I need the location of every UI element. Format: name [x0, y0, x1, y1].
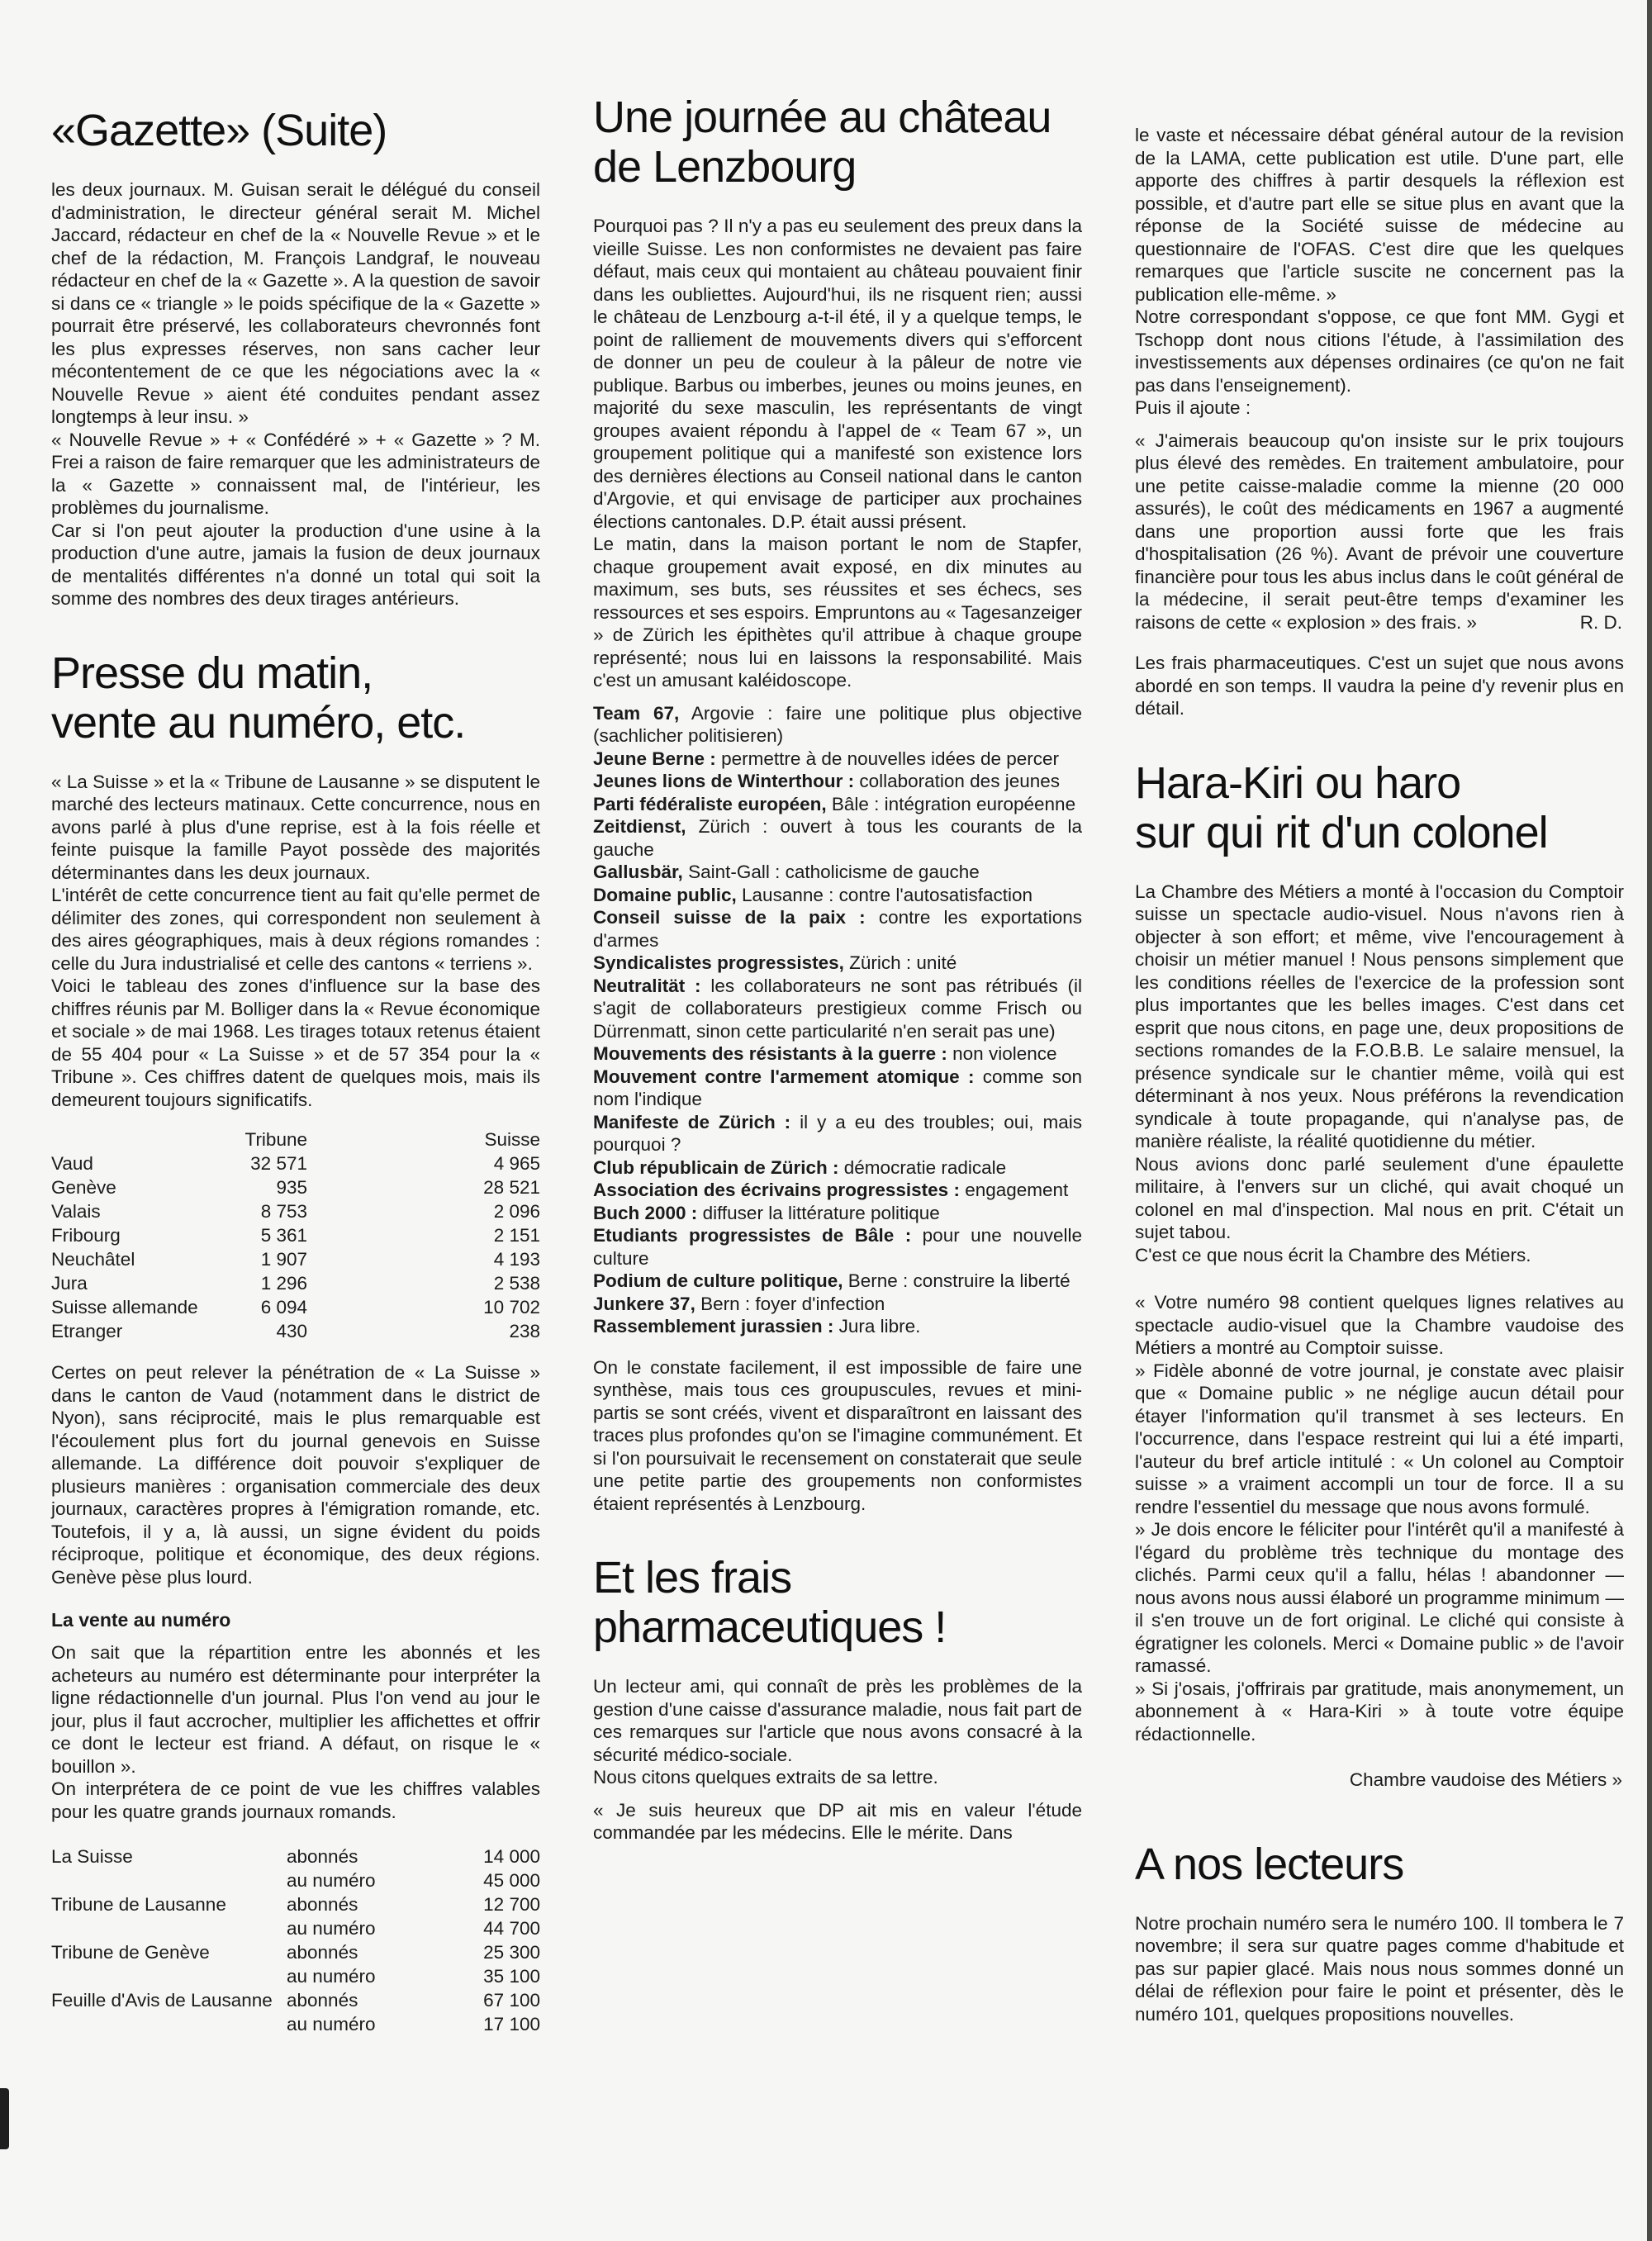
article-title-frais: Et les frais pharmaceutiques ! — [593, 1553, 1082, 1652]
group-item: Jeunes lions de Winterthour : collaborat… — [593, 770, 1082, 793]
group-desc: permettre à de nouvelles idées de percer — [716, 748, 1059, 769]
group-name: Team 67, — [593, 703, 679, 724]
group-item: Buch 2000 : diffuser la littérature poli… — [593, 1202, 1082, 1225]
group-item: Mouvement contre l'armement atomique : c… — [593, 1066, 1082, 1111]
newspaper-page: «Gazette» (Suite) les deux journaux. M. … — [0, 0, 1652, 2241]
group-desc: Saint-Gall : catholicisme de gauche — [683, 862, 980, 882]
circulation-value: 14 000 — [444, 1845, 540, 1868]
group-name: Jeunes lions de Winterthour : — [593, 771, 854, 791]
paragraph: » Je dois encore le féliciter pour l'int… — [1135, 1518, 1624, 1678]
zone-label: Neuchâtel — [51, 1247, 233, 1271]
paragraph: Nous citons quelques extraits de sa lett… — [593, 1766, 1082, 1789]
circulation-type: abonnés — [287, 1940, 444, 1964]
group-desc: collaboration des jeunes — [854, 771, 1060, 791]
group-name: Conseil suisse de la paix : — [593, 907, 866, 928]
article-presse-body: « La Suisse » et la « Tribune de Lausann… — [51, 771, 540, 1112]
journal-name: Tribune de Genève — [51, 1940, 287, 1964]
paragraph: C'est ce que nous écrit la Chambre des M… — [1135, 1244, 1624, 1267]
paragraph: On sait que la répartition entre les abo… — [51, 1641, 540, 1778]
paragraph: Pourquoi pas ? Il n'y a pas eu seulement… — [593, 215, 1082, 533]
zones-table-row: Jura 1 296 2 538 — [51, 1271, 540, 1295]
article-title-lecteurs: A nos lecteurs — [1135, 1840, 1624, 1889]
zones-table-row: Genève 935 28 521 — [51, 1175, 540, 1199]
circulation-row: Feuille d'Avis de Lausanne abonnés 67 10… — [51, 1988, 540, 2012]
title-line: de Lenzbourg — [593, 142, 1082, 192]
zone-value-suisse: 4 965 — [307, 1151, 540, 1175]
paragraph: L'intérêt de cette concurrence tient au … — [51, 884, 540, 975]
group-item: Etudiants progressistes de Bâle : pour u… — [593, 1224, 1082, 1270]
paragraph: On le constate facilement, il est imposs… — [593, 1356, 1082, 1516]
article-frais-continuation: le vaste et nécessaire débat général aut… — [1135, 124, 1624, 420]
zone-label: Vaud — [51, 1151, 233, 1175]
signature-chambre: Chambre vaudoise des Métiers » — [1135, 1769, 1624, 1792]
paragraph: « Votre numéro 98 contient quelques lign… — [1135, 1291, 1624, 1360]
group-desc: démocratie radicale — [839, 1157, 1007, 1178]
group-item: Domaine public, Lausanne : contre l'auto… — [593, 884, 1082, 907]
journal-name: La Suisse — [51, 1845, 287, 1868]
circulation-row: La Suisse abonnés 14 000 — [51, 1845, 540, 1868]
paragraph: « Nouvelle Revue » + « Confédéré » + « G… — [51, 429, 540, 520]
paragraph: « La Suisse » et la « Tribune de Lausann… — [51, 771, 540, 885]
group-name: Buch 2000 : — [593, 1203, 697, 1223]
paragraph: » Si j'osais, j'offrirais par gratitude,… — [1135, 1678, 1624, 1746]
article-title-gazette: «Gazette» (Suite) — [51, 106, 540, 155]
article-presse-body2: Certes on peut relever la pénétration de… — [51, 1361, 540, 1588]
circulation-type: abonnés — [287, 1845, 444, 1868]
paragraph: Nous avions donc parlé seulement d'une é… — [1135, 1153, 1624, 1244]
paragraph: le vaste et nécessaire débat général aut… — [1135, 124, 1624, 306]
group-item: Parti fédéraliste européen, Bâle : intég… — [593, 793, 1082, 816]
paragraph: Les frais pharmaceutiques. C'est un suje… — [1135, 652, 1624, 720]
group-item: Jeune Berne : permettre à de nouvelles i… — [593, 748, 1082, 771]
zones-table-row: Valais 8 753 2 096 — [51, 1199, 540, 1223]
group-name: Gallusbär, — [593, 862, 683, 882]
circulation-value: 12 700 — [444, 1892, 540, 1916]
zone-value-suisse: 10 702 — [307, 1295, 540, 1319]
group-desc: non violence — [947, 1043, 1057, 1064]
article-title-presse: Presse du matin, vente au numéro, etc. — [51, 648, 540, 748]
journal-name — [51, 1964, 287, 1988]
circulation-type: au numéro — [287, 2012, 444, 2036]
journal-name — [51, 1868, 287, 1892]
zones-table-row: Etranger 430 238 — [51, 1319, 540, 1343]
circulation-row: Tribune de Genève abonnés 25 300 — [51, 1940, 540, 1964]
zone-value-suisse: 4 193 — [307, 1247, 540, 1271]
title-line: pharmaceutiques ! — [593, 1602, 1082, 1652]
group-name: Mouvements des résistants à la guerre : — [593, 1043, 947, 1064]
paragraph: les deux journaux. M. Guisan serait le d… — [51, 178, 540, 429]
circulation-row: au numéro 45 000 — [51, 1868, 540, 1892]
reader-letter-quote: « J'aimerais beaucoup qu'on insiste sur … — [1135, 430, 1624, 634]
group-desc: Zürich : unité — [844, 952, 957, 973]
zones-table-rows: Vaud 32 571 4 965 Genève 935 28 521 Vala… — [51, 1151, 540, 1343]
chambre-letter: « Votre numéro 98 contient quelques lign… — [1135, 1291, 1624, 1745]
zone-value-tribune: 32 571 — [233, 1151, 307, 1175]
group-name: Jeune Berne : — [593, 748, 716, 769]
zone-value-tribune: 8 753 — [233, 1199, 307, 1223]
zone-value-tribune: 5 361 — [233, 1223, 307, 1247]
group-desc: Berne : construire la liberté — [843, 1270, 1070, 1291]
groups-list: Team 67, Argovie : faire une politique p… — [593, 702, 1082, 1338]
group-item: Junkere 37, Bern : foyer d'infection — [593, 1293, 1082, 1316]
circulation-value: 17 100 — [444, 2012, 540, 2036]
circulation-type: au numéro — [287, 1964, 444, 1988]
group-desc: Jura libre. — [833, 1316, 920, 1337]
group-item: Conseil suisse de la paix : contre les e… — [593, 906, 1082, 952]
zone-label: Jura — [51, 1271, 233, 1295]
group-item: Association des écrivains progressistes … — [593, 1179, 1082, 1202]
group-name: Association des écrivains progressistes … — [593, 1180, 960, 1200]
article-frais-followup: Les frais pharmaceutiques. C'est un suje… — [1135, 652, 1624, 720]
group-desc: Bern : foyer d'infection — [695, 1294, 885, 1314]
group-item: Gallusbär, Saint-Gall : catholicisme de … — [593, 861, 1082, 884]
group-name: Mouvement contre l'armement atomique : — [593, 1066, 974, 1087]
circulation-row: au numéro 17 100 — [51, 2012, 540, 2036]
paragraph: Puis il ajoute : — [1135, 396, 1624, 420]
zones-header-tribune: Tribune — [233, 1128, 307, 1151]
zone-value-tribune: 430 — [233, 1319, 307, 1343]
circulation-type: abonnés — [287, 1988, 444, 2012]
zones-header-suisse: Suisse — [307, 1128, 540, 1151]
zones-table-header: Tribune Suisse — [51, 1128, 540, 1151]
paragraph: » Fidèle abonné de votre journal, je con… — [1135, 1360, 1624, 1519]
article-presse-body3: On sait que la répartition entre les abo… — [51, 1641, 540, 1823]
article-title-harakiri: Hara-Kiri ou haro sur qui rit d'un colon… — [1135, 758, 1624, 857]
group-name: Manifeste de Zürich : — [593, 1112, 790, 1132]
zone-value-tribune: 1 296 — [233, 1271, 307, 1295]
zones-table-row: Suisse allemande 6 094 10 702 — [51, 1295, 540, 1319]
group-item: Neutralität : les collaborateurs ne sont… — [593, 975, 1082, 1043]
zones-table: Tribune Suisse Vaud 32 571 4 965 Genève — [51, 1128, 540, 1343]
journal-name — [51, 1916, 287, 1940]
group-name: Junkere 37, — [593, 1294, 695, 1314]
zone-label: Fribourg — [51, 1223, 233, 1247]
zone-value-suisse: 28 521 — [307, 1175, 540, 1199]
group-item: Manifeste de Zürich : il y a eu des trou… — [593, 1111, 1082, 1156]
paragraph: Voici le tableau des zones d'influence s… — [51, 975, 540, 1111]
group-name: Domaine public, — [593, 885, 737, 905]
group-item: Mouvements des résistants à la guerre : … — [593, 1042, 1082, 1066]
paragraph: Le matin, dans la maison portant le nom … — [593, 533, 1082, 692]
title-line: Une journée au château — [593, 93, 1082, 142]
zones-header-empty — [51, 1128, 233, 1151]
circulation-row: Tribune de Lausanne abonnés 12 700 — [51, 1892, 540, 1916]
title-line: Presse du matin, — [51, 648, 540, 698]
group-name: Club républicain de Zürich : — [593, 1157, 839, 1178]
zone-value-suisse: 238 — [307, 1319, 540, 1343]
group-name: Rassemblement jurassien : — [593, 1316, 833, 1337]
paragraph: Certes on peut relever la pénétration de… — [51, 1361, 540, 1588]
circulation-value: 44 700 — [444, 1916, 540, 1940]
paragraph: Un lecteur ami, qui connaît de près les … — [593, 1675, 1082, 1766]
zone-label: Genève — [51, 1175, 233, 1199]
group-item: Club républicain de Zürich : démocratie … — [593, 1156, 1082, 1180]
circulation-value: 67 100 — [444, 1988, 540, 2012]
circulation-row: au numéro 44 700 — [51, 1916, 540, 1940]
circulation-type: au numéro — [287, 1868, 444, 1892]
zone-value-suisse: 2 096 — [307, 1199, 540, 1223]
column-right: le vaste et nécessaire débat général aut… — [1135, 0, 1624, 2036]
zone-value-tribune: 1 907 — [233, 1247, 307, 1271]
zone-value-tribune: 935 — [233, 1175, 307, 1199]
column-middle: Une journée au château de Lenzbourg Pour… — [593, 0, 1082, 2036]
group-desc: Lausanne : contre l'autosatisfaction — [737, 885, 1032, 905]
circulation-value: 45 000 — [444, 1868, 540, 1892]
title-line: sur qui rit d'un colonel — [1135, 808, 1624, 857]
circulation-type: au numéro — [287, 1916, 444, 1940]
paragraph: Car si l'on peut ajouter la production d… — [51, 520, 540, 610]
group-desc: diffuser la littérature politique — [697, 1203, 940, 1223]
journal-name: Feuille d'Avis de Lausanne — [51, 1988, 287, 2012]
article-harakiri-body: La Chambre des Métiers a monté à l'occas… — [1135, 881, 1624, 1267]
zones-table-row: Neuchâtel 1 907 4 193 — [51, 1247, 540, 1271]
zone-value-suisse: 2 538 — [307, 1271, 540, 1295]
group-item: Team 67, Argovie : faire une politique p… — [593, 702, 1082, 748]
circulation-value: 35 100 — [444, 1964, 540, 1988]
article-lecteurs-body: Notre prochain numéro sera le numéro 100… — [1135, 1912, 1624, 2026]
group-item: Zeitdienst, Zürich : ouvert à tous les c… — [593, 815, 1082, 861]
article-frais-body: Un lecteur ami, qui connaît de près les … — [593, 1675, 1082, 1789]
article-lenzbourg-body: Pourquoi pas ? Il n'y a pas eu seulement… — [593, 215, 1082, 692]
article-gazette-body: les deux journaux. M. Guisan serait le d… — [51, 178, 540, 610]
title-line: Hara-Kiri ou haro — [1135, 758, 1624, 808]
columns: «Gazette» (Suite) les deux journaux. M. … — [51, 0, 1624, 2036]
group-name: Neutralität : — [593, 976, 701, 996]
circulation-row: au numéro 35 100 — [51, 1964, 540, 1988]
title-line: vente au numéro, etc. — [51, 698, 540, 748]
zone-label: Etranger — [51, 1319, 233, 1343]
zone-label: Valais — [51, 1199, 233, 1223]
group-name: Podium de culture politique, — [593, 1270, 843, 1291]
group-name: Syndicalistes progressistes, — [593, 952, 844, 973]
zone-value-tribune: 6 094 — [233, 1295, 307, 1319]
letter-quote-start: « Je suis heureux que DP ait mis en vale… — [593, 1799, 1082, 1845]
zones-table-row: Vaud 32 571 4 965 — [51, 1151, 540, 1175]
paragraph: On interprétera de ce point de vue les c… — [51, 1778, 540, 1823]
paragraph: La Chambre des Métiers a monté à l'occas… — [1135, 881, 1624, 1153]
group-name: Zeitdienst, — [593, 816, 686, 837]
group-name: Parti fédéraliste européen, — [593, 794, 827, 814]
title-line: Et les frais — [593, 1553, 1082, 1602]
journal-name — [51, 2012, 287, 2036]
scan-edge-artifact — [1647, 0, 1652, 2241]
group-desc: engagement — [960, 1180, 1068, 1200]
journal-name: Tribune de Lausanne — [51, 1892, 287, 1916]
paragraph: Notre correspondant s'oppose, ce que fon… — [1135, 306, 1624, 396]
group-item: Podium de culture politique, Berne : con… — [593, 1270, 1082, 1293]
group-desc: Bâle : intégration européenne — [827, 794, 1075, 814]
circulation-type: abonnés — [287, 1892, 444, 1916]
paragraph: Notre prochain numéro sera le numéro 100… — [1135, 1912, 1624, 2026]
subhead-vente-au-numero: La vente au numéro — [51, 1608, 540, 1631]
circulation-value: 25 300 — [444, 1940, 540, 1964]
column-left: «Gazette» (Suite) les deux journaux. M. … — [51, 0, 540, 2036]
group-name: Etudiants progressistes de Bâle : — [593, 1225, 911, 1246]
circulation-table: La Suisse abonnés 14 000 au numéro 45 00… — [51, 1845, 540, 2036]
zone-value-suisse: 2 151 — [307, 1223, 540, 1247]
zone-label: Suisse allemande — [51, 1295, 233, 1319]
zones-table-row: Fribourg 5 361 2 151 — [51, 1223, 540, 1247]
scan-blob-artifact — [0, 2088, 9, 2149]
group-item: Rassemblement jurassien : Jura libre. — [593, 1315, 1082, 1338]
article-lenzbourg-body2: On le constate facilement, il est imposs… — [593, 1356, 1082, 1516]
article-title-lenzbourg: Une journée au château de Lenzbourg — [593, 93, 1082, 192]
group-item: Syndicalistes progressistes, Zürich : un… — [593, 952, 1082, 975]
